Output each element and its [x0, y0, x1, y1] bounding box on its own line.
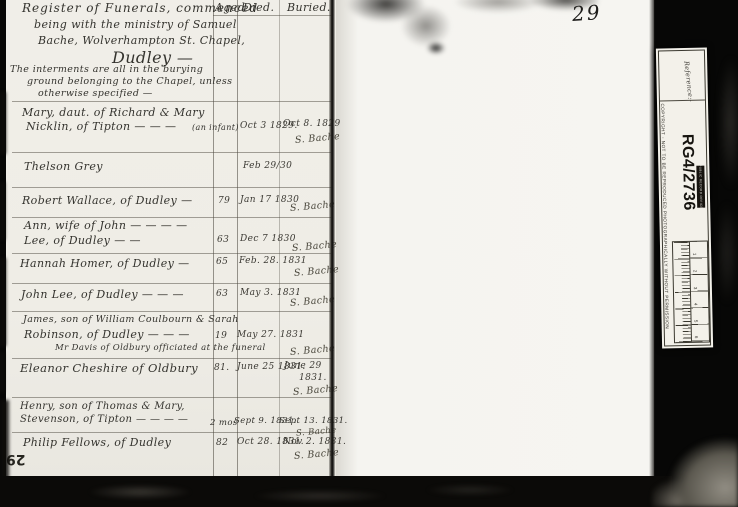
scale-ruler: 1 2 3 4 5 6 [672, 241, 710, 344]
entry-aged: 19 [215, 331, 227, 341]
archive-reference-label: Reference:- RG4/2736 PUBLIC RECORD OFFIC… [656, 47, 713, 348]
register-title-line: Bache, Wolverhampton St. Chapel, [38, 34, 245, 47]
page-edge-shadow [649, 0, 655, 477]
entry-name: Stevenson, of Tipton — — — — [20, 414, 188, 425]
row-rule [12, 432, 331, 433]
entry-name: John Lee, of Dudley — — — [21, 288, 184, 301]
row-rule [12, 187, 332, 188]
entry-note: Mr Davis of Oldbury officiated at the fu… [55, 343, 266, 353]
row-rule [12, 101, 331, 102]
register-note-line: The interments are all in the burying [10, 64, 203, 75]
entry-aged: 65 [216, 257, 228, 267]
entry-name: Ann, wife of John — — — — [24, 219, 188, 232]
column-rule [213, 0, 214, 477]
row-rule [12, 283, 332, 284]
entry-buried: June 29 [284, 361, 322, 371]
ruler-number: 2 [693, 270, 698, 273]
torn-edge [0, 92, 6, 154]
entry-buried: 1831. [299, 373, 327, 383]
ruler-number: 3 [693, 287, 698, 290]
torn-edge [0, 258, 6, 346]
entry-buried: Sept 13. 1831. [279, 416, 348, 426]
record-office-badge-text: PUBLIC RECORD OFFICE [698, 164, 703, 209]
ruler-number: 6 [694, 336, 699, 339]
book-gutter [329, 0, 335, 477]
entry-name: Lee, of Dudley — — [24, 234, 141, 247]
archive-label-content: Reference:- RG4/2736 PUBLIC RECORD OFFIC… [656, 47, 713, 348]
blank-facing-page [336, 0, 654, 477]
ruler-number: 1 [692, 253, 697, 256]
entry-name: Henry, son of Thomas & Mary, [20, 401, 185, 412]
entry-name: Hannah Homer, of Dudley — [20, 257, 190, 270]
register-title-line: Register of Funerals, commenced [22, 1, 258, 15]
entry-name: Philip Fellows, of Dudley [23, 436, 171, 449]
column-rule [237, 0, 238, 477]
row-rule [12, 253, 331, 254]
row-rule [12, 358, 332, 359]
row-rule [213, 15, 331, 16]
entry-name: Robinson, of Dudley — — — [24, 328, 190, 341]
ruler-ticks-long [674, 242, 691, 342]
entry-died: Feb. 28. 1831 [239, 256, 307, 266]
row-rule [12, 217, 331, 218]
torn-edge [0, 182, 5, 240]
entry-aged: 63 [216, 289, 228, 299]
entry-name: Thelson Grey [24, 160, 103, 173]
entry-aged: (an infant) [192, 123, 239, 132]
entry-name: Robert Wallace, of Dudley — [22, 194, 192, 207]
ruler-cells [690, 242, 709, 342]
register-title-line: being with the ministry of Samuel [34, 18, 237, 31]
entry-aged: 79 [218, 196, 230, 206]
catalog-number: RG4/2736 [678, 134, 698, 211]
row-rule [12, 397, 331, 398]
entry-died: May 27. 1831 [237, 330, 304, 340]
ruler-number: 5 [694, 320, 699, 323]
entry-died: Dec 7 1830 [240, 234, 296, 244]
scan-shadow-band [0, 476, 672, 507]
column-header-buried: Buried. [287, 1, 331, 14]
row-rule [12, 311, 331, 312]
register-note-line: ground belonging to the Chapel, unless [27, 76, 232, 87]
entry-aged: 82 [216, 438, 228, 448]
microfilm-scan: Aged Died. Buried. Register of Funerals,… [0, 0, 738, 507]
entry-name: Nicklin, of Tipton — — — [26, 120, 176, 133]
entry-aged: 63 [217, 235, 229, 245]
entry-name: James, son of William Coulbourn & Sarah [23, 314, 239, 325]
record-office-badge: PUBLIC RECORD OFFICE [696, 166, 705, 208]
register-note-line: otherwise specified — [38, 88, 153, 99]
entry-buried: Nov 2. 1831. [283, 437, 346, 447]
page-number-top: 29 [571, 0, 602, 26]
ruler-number: 4 [693, 303, 698, 306]
entry-died: May 3. 1831 [240, 288, 301, 298]
entry-name: Mary, daut. of Richard & Mary [22, 106, 205, 119]
entry-died: Feb 29/30 [243, 161, 292, 171]
row-rule [12, 152, 331, 153]
entry-aged: 81. [214, 363, 230, 373]
entry-name: Eleanor Cheshire of Oldbury [20, 361, 198, 375]
torn-edge [0, 352, 4, 392]
